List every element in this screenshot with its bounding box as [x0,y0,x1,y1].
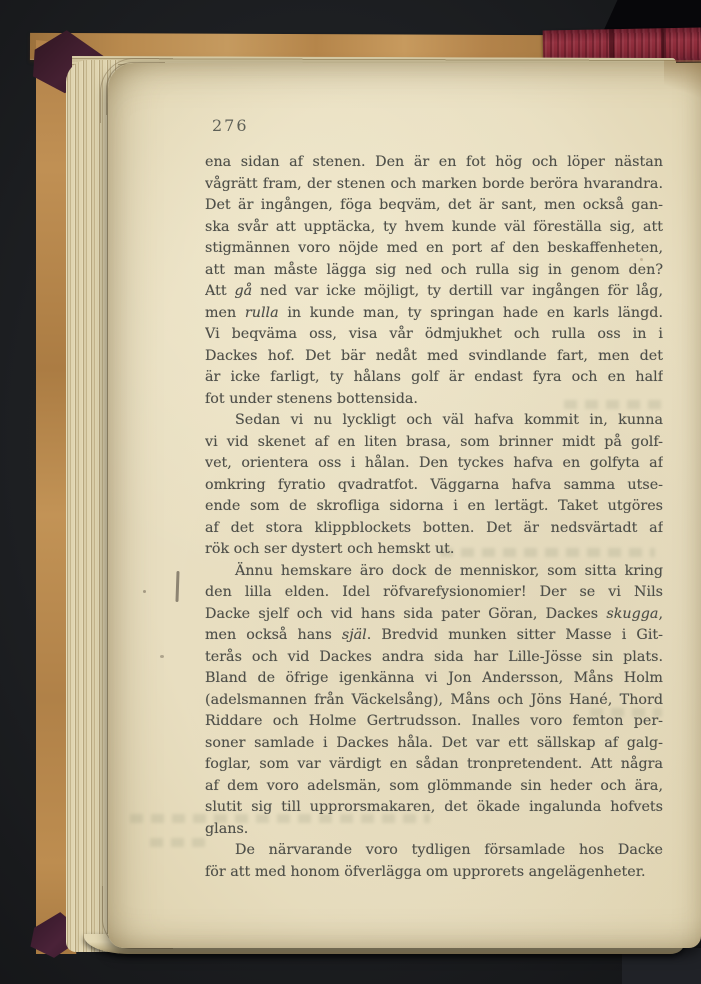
text-line: Vi beqväma oss, visa vår ödmjukhet och r… [205,324,663,346]
text-line: Dackes hof. Det bär nedåt med svindlande… [205,346,663,368]
text-line: De närvarande voro tydligen församlade h… [205,840,663,862]
text-line: vågrätt fram, der stenen och marken bord… [205,174,663,196]
text-line: soner samlade i Dackes håla. Det var ett… [205,733,663,755]
text-line: slutit sig till upprorsmakaren, det ökad… [205,797,663,819]
photo-of-book-page: 276 ena sidan af stenen. Den är en fot h… [0,0,701,984]
text-line: att man måste lägga sig ned och rulla si… [205,260,663,282]
text-line: är icke farligt, ty hålans golf är endas… [205,367,663,389]
paragraph: ena sidan af stenen. Den är en fot hög o… [205,152,663,410]
paragraph: De närvarande voro tydligen församlade h… [205,840,663,883]
text-line: ska svår att upptäcka, ty hvem kunde väl… [205,217,663,239]
text-line: af det stora klippblockets botten. Det ä… [205,518,663,540]
speck [160,655,164,658]
page-text: ena sidan af stenen. Den är en fot hög o… [205,152,663,883]
text-line: glans. [205,819,663,841]
text-line: Bland de öfrige igenkänna vi Jon Anderss… [205,668,663,690]
speck [640,258,643,261]
bleed-through-smudge [150,838,210,847]
text-line: af dem voro adelsmän, som glömmande sin … [205,776,663,798]
text-line: Ännu hemskare äro dock de menniskor, som… [205,561,663,583]
text-line: Att gå ned var icke möjligt, ty dertill … [205,281,663,303]
text-line: för att med honom öfverlägga om upproret… [205,862,663,884]
text-line: omkring fyratio qvadratfot. Väggarna haf… [205,475,663,497]
text-line: vet, orientera oss i hålan. Den tyckes h… [205,453,663,475]
italic-word: rulla [245,305,279,321]
text-line: den lilla elden. Idel röfvarefysionomier… [205,582,663,604]
text-line: Sedan vi nu lyckligt och väl hafva kommi… [205,410,663,432]
text-line: men också hans själ. Bredvid munken sitt… [205,625,663,647]
speck [143,590,146,593]
paragraph: Sedan vi nu lyckligt och väl hafva kommi… [205,410,663,561]
text-line: ena sidan af stenen. Den är en fot hög o… [205,152,663,174]
text-line: Riddare och Holme Gertrudsson. Inalles v… [205,711,663,733]
text-line: stigmännen voro nöjde med en port af den… [205,238,663,260]
italic-word: själ [342,627,367,643]
text-line: fot under stenens bottensida. [205,389,663,411]
page-number: 276 [212,116,249,135]
text-line: men rulla in kunde man, ty springan hade… [205,303,663,325]
page-corner-shadow [664,60,701,102]
text-line: (adelsmannen från Väckelsång), Måns och … [205,690,663,712]
text-line: Dacke sjelf och vid hans sida pater Göra… [205,604,663,626]
text-line: ende som de skrofliga sidorna i en lertä… [205,496,663,518]
text-line: foglar, som var värdigt en sådan tronpre… [205,754,663,776]
italic-word: gå [235,283,253,299]
text-line: rök och ser dystert och hemskt ut. [205,539,663,561]
text-line: vi vid skenet af en liten brasa, som bri… [205,432,663,454]
text-line: Det är ingången, föga beqväm, det är san… [205,195,663,217]
italic-word: skugga [606,606,658,622]
paragraph: Ännu hemskare äro dock de menniskor, som… [205,561,663,841]
text-line: terås och vid Dackes andra sida har Lill… [205,647,663,669]
